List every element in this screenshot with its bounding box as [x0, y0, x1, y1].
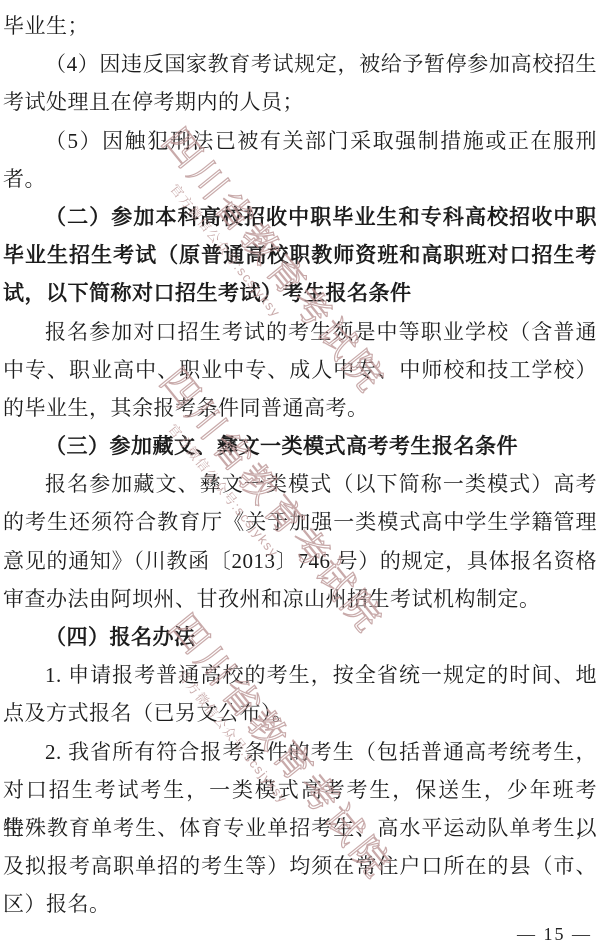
text-line: 点及方式报名（已另文公布）。 — [3, 694, 597, 732]
text-line: 区）报名。 — [3, 885, 597, 923]
text-line: 对口招生考试考生，一类模式高考考生，保送生，少年班考生， — [3, 771, 597, 809]
text-line: 考试处理且在停考期内的人员； — [3, 83, 597, 121]
text-line: 中专、职业高中、职业中专、成人中专、中师校和技工学校） — [3, 351, 597, 389]
section-heading: 毕业生招生考试（原普通高校职教师资班和高职班对口招生考 — [3, 236, 597, 274]
text-line: 意见的通知》（川教函〔2013〕746 号）的规定，具体报名资格 — [3, 542, 597, 580]
text-line: 报名参加对口招生考试的考生须是中等职业学校（含普通 — [3, 313, 597, 351]
section-heading: （三）参加藏文、彝文一类模式高考考生报名条件 — [3, 427, 597, 465]
text-line: 1. 申请报考普通高校的考生，按全省统一规定的时间、地 — [3, 656, 597, 694]
text-line: 特殊教育单考生、体育专业单招考生、高水平运动队单考生以 — [3, 809, 597, 847]
section-heading: （四）报名办法 — [3, 618, 597, 656]
text-line: 者。 — [3, 160, 597, 198]
text-line: 及拟报考高职单招的考生等）均须在常住户口所在的县（市、 — [3, 847, 597, 885]
text-line: （5）因触犯刑法已被有关部门采取强制措施或正在服刑 — [3, 122, 597, 160]
text-line: 2. 我省所有符合报考条件的考生（包括普通高考统考生， — [3, 733, 597, 771]
text-line: 毕业生； — [3, 7, 597, 45]
text-line: 报名参加藏文、彝文一类模式（以下简称一类模式）高考 — [3, 465, 597, 503]
document-body: 毕业生； （4）因违反国家教育考试规定，被给予暂停参加高校招生 考试处理且在停考… — [0, 7, 600, 924]
section-heading: （二）参加本科高校招收中职毕业生和专科高校招收中职 — [3, 198, 597, 236]
text-line: 的毕业生，其余报考条件同普通高考。 — [3, 389, 597, 427]
document-page: 毕业生； （4）因违反国家教育考试规定，被给予暂停参加高校招生 考试处理且在停考… — [0, 0, 600, 949]
page-number: — 15 — — [517, 924, 592, 945]
text-line: 审查办法由阿坝州、甘孜州和凉山州招生考试机构制定。 — [3, 580, 597, 618]
section-heading: 试，以下简称对口招生考试）考生报名条件 — [3, 274, 597, 312]
text-line: 的考生还须符合教育厅《关于加强一类模式高中学生学籍管理 — [3, 503, 597, 541]
text-line: （4）因违反国家教育考试规定，被给予暂停参加高校招生 — [3, 45, 597, 83]
